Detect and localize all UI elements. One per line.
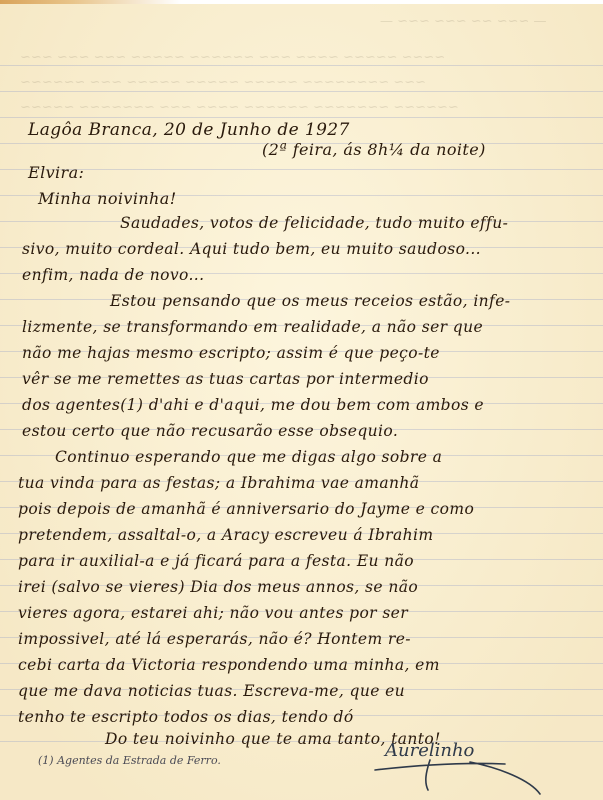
signature-flourish-icon [370,742,545,797]
body-line: lizmente, se transformando em realidade,… [22,318,483,336]
body-line: vieres agora, estarei ahi; não vou antes… [18,604,408,622]
bleed-through-text: ~~~ ~~~~~~~~ ~~~~~ ~~~~~ ~~~~~ ~~~ ~~~~~… [20,75,426,90]
body-line: tenho te escripto todos os dias, tendo d… [18,708,354,726]
place-date: Lagôa Branca, 20 de Junho de 1927 [28,120,350,140]
body-line: impossivel, até lá esperarás, não é? Hon… [18,630,411,648]
footnote: (1) Agentes da Estrada de Ferro. [38,754,221,767]
time-note: (2ª feira, ás 8h¼ da noite) [262,140,486,159]
body-line: cebi carta da Victoria respondendo uma m… [18,656,440,674]
greeting: Minha noivinha! [38,189,177,208]
body-line: sivo, muito cordeal. Aqui tudo bem, eu m… [22,240,481,258]
body-line: não me hajas mesmo escripto; assim é que… [22,344,440,362]
body-line: Estou pensando que os meus receios estão… [110,292,510,310]
body-line: irei (salvo se vieres) Dia dos meus anno… [18,578,418,596]
bleed-through-text: ~~~~~~ ~~~~~~~ ~~~~~~ ~~~~ ~~~ ~~~~~~~ ~… [20,100,459,115]
body-line: para ir auxilial-a e já ficará para a fe… [18,552,414,570]
body-line: vêr se me remettes as tuas cartas por in… [22,370,429,388]
body-line: pretendem, assaltal-o, a Aracy escreveu … [18,526,433,544]
body-line: pois depois de amanhã é anniversario do … [18,500,474,518]
recipient-name: Elvira: [28,163,84,182]
body-line: Saudades, votos de felicidade, tudo muit… [120,214,508,232]
bleed-through-text: ~~~~ ~~~~~ ~~~~ ~~~ ~~~~~~ ~~~~~ ~~~ ~~~… [20,50,445,65]
body-line: estou certo que não recusarão esse obseq… [22,422,398,440]
body-line: que me dava noticias tuas. Escreva-me, q… [18,682,405,700]
body-line: dos agentes(1) d'ahi e d'aqui, me dou be… [22,396,484,414]
bleed-through-text: — ~~~ ~~ ~~~ ~~~ — [380,14,546,29]
torn-top-edge [0,0,603,4]
body-line: Continuo esperando que me digas algo sob… [55,448,442,466]
body-line: enfim, nada de novo... [22,266,204,284]
body-line: tua vinda para as festas; a Ibrahima vae… [18,474,419,492]
